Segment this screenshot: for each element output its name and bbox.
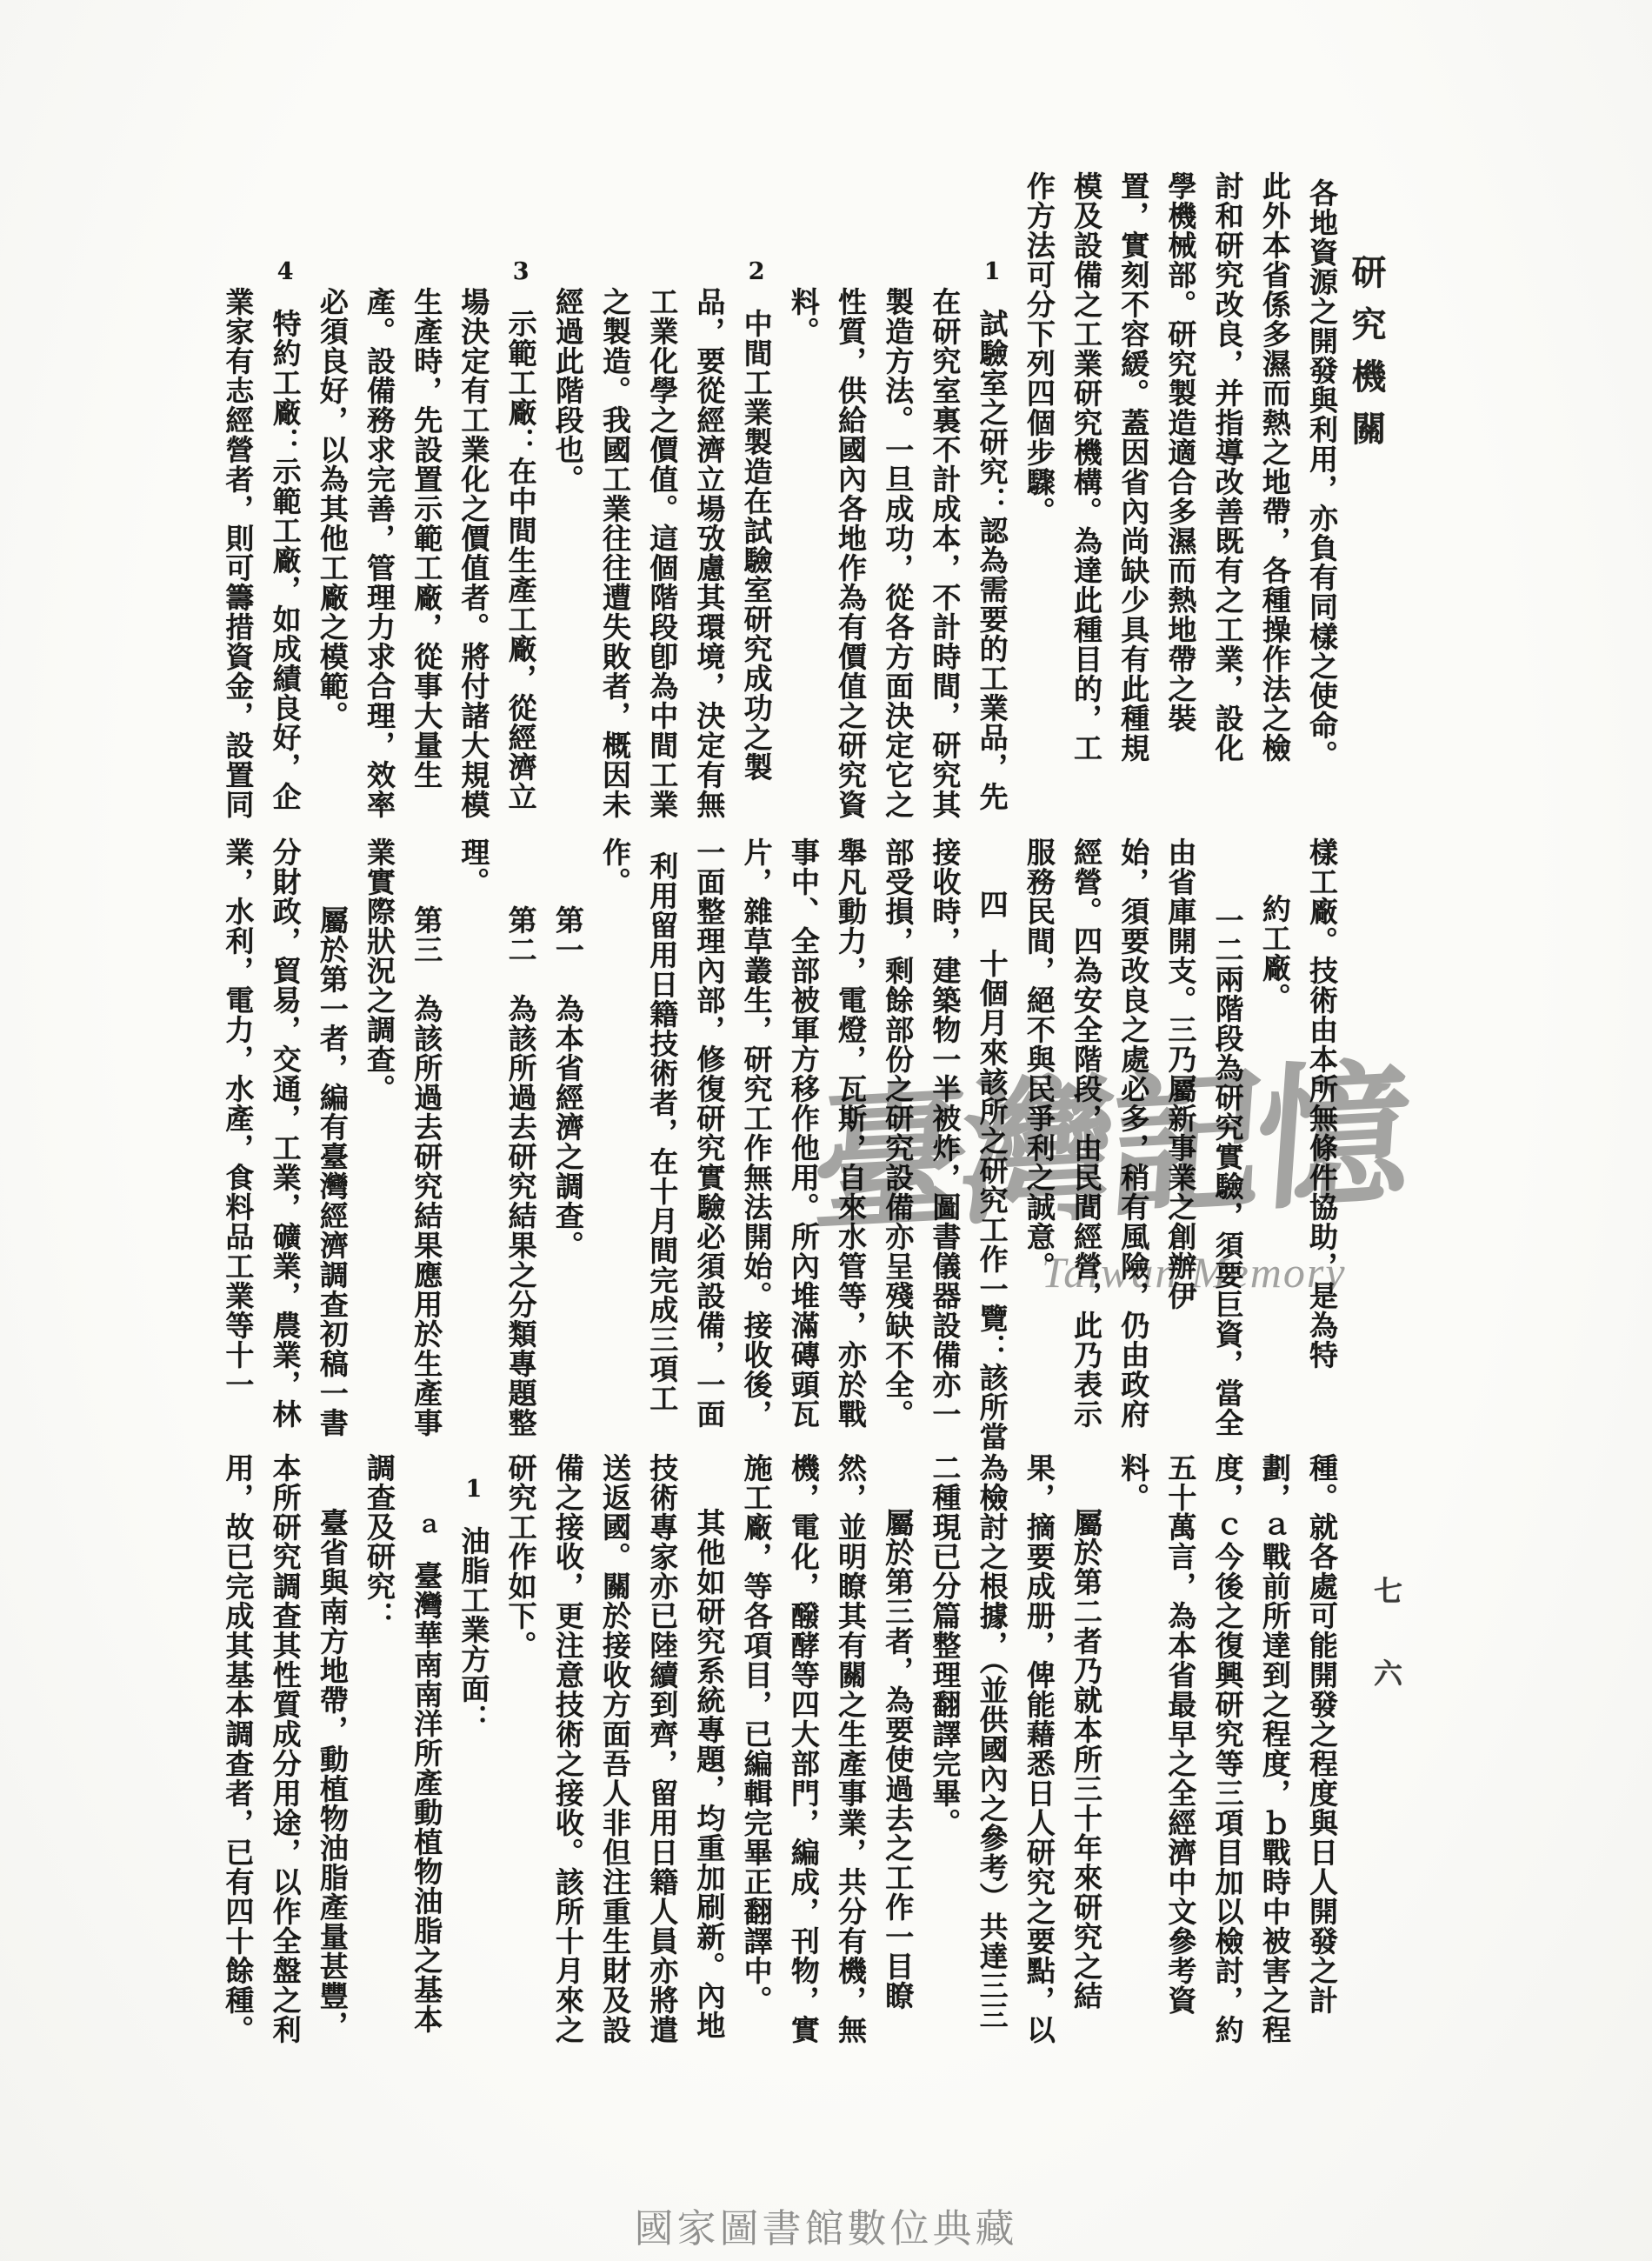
- block-3-column-2: 劃，ａ戰前所達到之程度，ｂ戰時中被害之程: [1249, 1453, 1289, 2044]
- block-3-column-24: 用，故已完成其基本調查者，已有四十餘種。: [212, 1453, 252, 2044]
- block-2-column-18: 第二 為該所過去研究結果之分類專題整: [496, 905, 536, 1437]
- block-2-column-17: 第一 為本省經濟之調查。: [543, 905, 583, 1260]
- block-2-column-16: 作。: [590, 837, 629, 897]
- block-1-column-22: 必須良好，以為其他工廠之模範。: [307, 287, 347, 730]
- block-1-column-18: 3示範工廠：在中間生產工廠，從經濟立: [496, 258, 536, 811]
- block-3-column-8: 為檢討之根據，（並供國內之參考）共達三三: [967, 1453, 1007, 2031]
- block-3-column-14: 其他如研究系統專題，均重加刷新。內地: [683, 1508, 723, 2040]
- block-2-column-19: 理。: [448, 837, 488, 897]
- item-number: 1: [460, 1476, 487, 1504]
- block-1-column-15: 工業化學之價值。這個階段卽為中間工業: [636, 287, 676, 819]
- block-2-column-15: 利用留用日籍技術者，在十月間完成三項工: [636, 851, 676, 1413]
- block-1-column-7: 作方法可分下列四個步驟。: [1014, 171, 1054, 526]
- block-3-column-19: 1油脂工業方面：: [448, 1476, 488, 1733]
- block-1-column-17: 經過此階段也。: [543, 287, 583, 494]
- block-1-column-20: 生產時，先設置示範工廠，從事大量生: [401, 287, 441, 790]
- taiwan-memory-watermark-latin: Taiwan Memory: [1042, 1247, 1347, 1297]
- block-3-column-15: 技術專家亦已陸續到齊，留用日籍人員亦將遣: [636, 1453, 676, 2044]
- block-3-column-10: 屬於第三者，為要使過去之工作一目瞭: [872, 1508, 912, 2011]
- block-1-column-1: 各地資源之開發與利用，亦負有同樣之使命。: [1296, 178, 1336, 770]
- block-1-column-8: 1試驗室之研究：認為需要的工業品，先: [967, 258, 1007, 811]
- page-number: 七六: [1366, 1576, 1407, 1741]
- block-2-column-13: 片，雜草叢生，研究工作無法開始。接收後，: [731, 837, 771, 1429]
- block-3-column-21: 調查及研究：: [354, 1453, 394, 1631]
- block-1-column-6: 模及設備之工業研究機構。為達此種目的，工: [1061, 171, 1101, 763]
- block-1-column-12: 料。: [778, 287, 818, 346]
- block-2-column-22: 屬於第一者，編有臺灣經濟調查初稿一書: [307, 905, 347, 1437]
- block-1-column-5: 置，實刻不容緩。蓋因省內尚缺少具有此種規: [1108, 171, 1148, 763]
- block-1-column-23: 4特約工廠：示範工廠，如成績良好，企: [260, 258, 300, 811]
- block-3-column-11: 然，並明瞭其有關之生產事業，共分有機，無: [825, 1453, 865, 2044]
- block-1-column-3: 討和研究改良，并指導改善既有之工業，設化: [1202, 171, 1242, 763]
- block-1-column-11: 性質，供給國內各地作為有價值之研究資: [825, 287, 865, 819]
- block-2-column-24: 業，水利，電力，水產，食料品工業等十一: [212, 837, 252, 1399]
- item-number: 4: [272, 258, 299, 286]
- block-3-column-1: 種。就各處可能開發之程度與日人開發之計: [1296, 1453, 1336, 2015]
- block-3-column-18: 研究工作如下。: [496, 1453, 536, 1660]
- block-3-column-3: 度，ｃ今後之復興研究等三項目加以檢討，約: [1202, 1453, 1242, 2044]
- block-2-column-12: 事中、全部被軍方移作他用。所內堆滿磚頭瓦: [778, 837, 818, 1429]
- block-3-column-13: 施工廠，等各項目，已編輯完畢正翻譯中。: [731, 1453, 771, 2015]
- block-1-column-4: 學機械部。研究製造適合多濕而熱地帶之裝: [1155, 171, 1195, 733]
- block-2-column-2: 約工廠。: [1249, 894, 1289, 1012]
- item-number: 2: [743, 258, 770, 286]
- block-3-column-6: 屬於第二者乃就本所三十年來研究之結: [1061, 1508, 1101, 2011]
- block-1-column-24: 業家有志經營者，則可籌措資金，設置同: [212, 287, 252, 819]
- block-1-column-14: 品，要從經濟立場攷慮其環境，決定有無: [683, 287, 723, 819]
- block-3-column-22: 臺省與南方地帶，動植物油脂產量甚豐，: [307, 1508, 347, 2040]
- block-3-column-9: 二種現已分篇整理翻譯完畢。: [919, 1453, 959, 1837]
- item-number: 3: [508, 258, 535, 286]
- section-title-vertical: 研究機關: [1342, 254, 1391, 480]
- block-2-column-20: 第三 為該所過去研究結果應用於生產事: [401, 905, 441, 1437]
- block-3-column-20: ａ臺灣華南南洋所產動植物油脂之基本: [401, 1514, 441, 2034]
- block-1-column-10: 製造方法。一旦成功，從各方面決定它之: [872, 287, 912, 819]
- block-3-column-16: 送返國。關於接收方面吾人非但注重生財及設: [590, 1453, 629, 2044]
- taiwan-memory-watermark: 臺灣記憶: [808, 1056, 1409, 1242]
- library-archive-caption: 國家圖書館數位典藏: [0, 2197, 1652, 2253]
- block-2-column-14: 一面整理內部，修復研究實驗必須設備，一面: [683, 837, 723, 1429]
- block-3-column-23: 本所研究調查其性質成分用途，以作全盤之利: [260, 1453, 300, 2044]
- block-2-column-21: 業實際狀況之調查。: [354, 837, 394, 1104]
- block-1-column-13: 2中間工業製造在試驗室研究成功之製: [731, 258, 771, 782]
- block-1-column-16: 之製造。我國工業往往遭失敗者，概因未: [590, 287, 629, 819]
- item-number: 1: [979, 258, 1006, 286]
- block-3-column-12: 機，電化，醱酵等四大部門，編成，刊物，實: [778, 1453, 818, 2044]
- block-3-column-17: 備之接收，更注意技術之接收。該所十月來之: [543, 1453, 583, 2044]
- block-2-column-23: 分財政，貿易，交通，工業，礦業，農業，林: [260, 837, 300, 1429]
- block-3-column-5: 料。: [1108, 1453, 1148, 1512]
- block-3-column-4: 五十萬言，為本省最早之全經濟中文參考資: [1155, 1453, 1195, 2015]
- item-number: ａ: [413, 1514, 440, 1538]
- block-1-column-9: 在研究室裏不計成本，不計時間，研究其: [919, 287, 959, 819]
- block-1-column-21: 產。設備務求完善，管理力求合理，效率: [354, 287, 394, 819]
- block-3-column-7: 果，摘要成册，俾能藉悉日人研究之要點，以: [1014, 1453, 1054, 2044]
- block-1-column-19: 場決定有工業化之價值者。將付諸大規模: [448, 287, 488, 819]
- block-1-column-2: 此外本省係多濕而熱之地帶，各種操作法之檢: [1249, 171, 1289, 763]
